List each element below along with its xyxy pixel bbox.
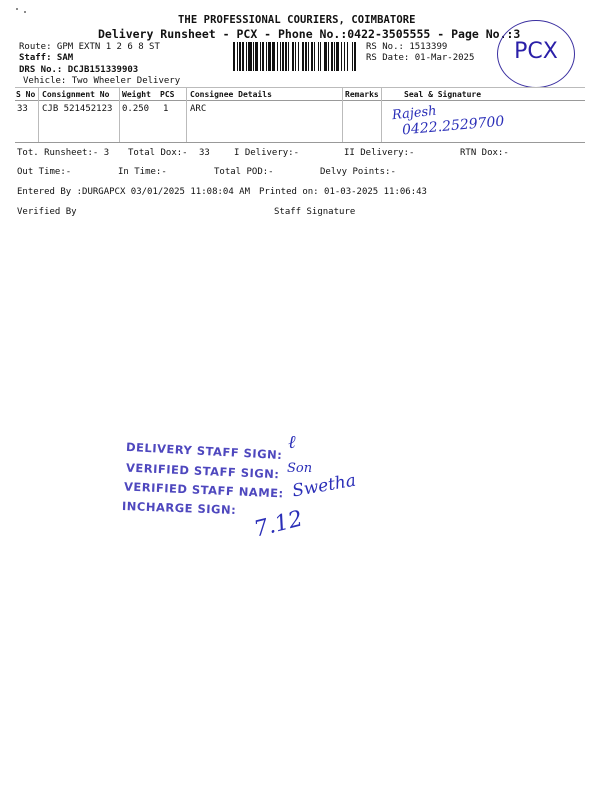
- scan-speck: [24, 11, 26, 13]
- staff-signature-label: Staff Signature: [274, 207, 355, 217]
- stamp-delivery-staff-sign: DELIVERY STAFF SIGN:: [126, 440, 283, 462]
- total-dox-value: 33: [199, 148, 210, 158]
- printed-on: Printed on: 01-03-2025 11:06:43: [259, 187, 427, 197]
- barcode: [233, 42, 357, 71]
- i-delivery: I Delivery:-: [234, 148, 299, 158]
- stamp-text: PCX: [498, 39, 574, 64]
- entered-by: Entered By :DURGAPCX 03/01/2025 11:08:04…: [17, 187, 250, 197]
- cell-weight: 0.250: [122, 104, 149, 114]
- pcx-stamp: PCX: [497, 20, 575, 88]
- table-bottom-rule: [15, 142, 585, 143]
- col-header-consignment: Consignment No: [42, 90, 109, 99]
- col-divider: [38, 88, 39, 142]
- col-header-consignee: Consignee Details: [190, 90, 272, 99]
- cell-sno: 33: [17, 104, 28, 114]
- stamp-verified-staff-name: VERIFIED STAFF NAME:: [124, 480, 284, 501]
- staff-label: Staff: SAM: [19, 53, 73, 63]
- table-header-rule: [15, 100, 585, 101]
- total-pod: Total POD:-: [214, 167, 274, 177]
- cell-pcs: 1: [163, 104, 168, 114]
- total-dox-label: Total Dox:-: [128, 148, 188, 158]
- scan-speck: [16, 8, 18, 10]
- in-time: In Time:-: [118, 167, 167, 177]
- col-divider: [119, 88, 120, 142]
- table-top-rule: [15, 87, 585, 88]
- stamp-incharge-sign: INCHARGE SIGN:: [122, 499, 237, 517]
- cell-consignee: ARC: [190, 104, 206, 114]
- ii-delivery: II Delivery:-: [344, 148, 414, 158]
- col-header-pcs: PCS: [160, 90, 174, 99]
- vehicle-label: Vehicle: Two Wheeler Delivery: [23, 76, 180, 86]
- col-divider: [381, 88, 382, 142]
- col-header-seal: Seal & Signature: [404, 90, 481, 99]
- col-header-remarks: Remarks: [345, 90, 379, 99]
- route-label: Route: GPM EXTN 1 2 6 8 ST: [19, 42, 160, 52]
- handwritten-initial-verified: Son: [287, 461, 312, 476]
- drs-number: DRS No.: DCJB151339903: [19, 65, 138, 75]
- rtn-dox: RTN Dox:-: [460, 148, 509, 158]
- document-title: Delivery Runsheet - PCX - Phone No.:0422…: [98, 27, 520, 41]
- delvy-points: Delvy Points:-: [320, 167, 396, 177]
- verified-by-label: Verified By: [17, 207, 77, 217]
- stamp-verified-staff-sign: VERIFIED STAFF SIGN:: [126, 461, 280, 482]
- col-divider: [186, 88, 187, 142]
- total-runsheet: Tot. Runsheet:- 3: [17, 148, 109, 158]
- col-divider: [342, 88, 343, 142]
- col-header-weight: Weight: [122, 90, 151, 99]
- handwritten-incharge-note: 7.12: [252, 506, 306, 542]
- cell-consignment-no: CJB 521452123: [42, 104, 112, 114]
- col-header-sno: S No: [16, 90, 35, 99]
- handwritten-initial-delivery: ℓ: [288, 432, 296, 453]
- rs-date: RS Date: 01-Mar-2025: [366, 53, 474, 63]
- out-time: Out Time:-: [17, 167, 71, 177]
- company-name: THE PROFESSIONAL COURIERS, COIMBATORE: [178, 14, 416, 26]
- rs-number: RS No.: 1513399: [366, 42, 447, 52]
